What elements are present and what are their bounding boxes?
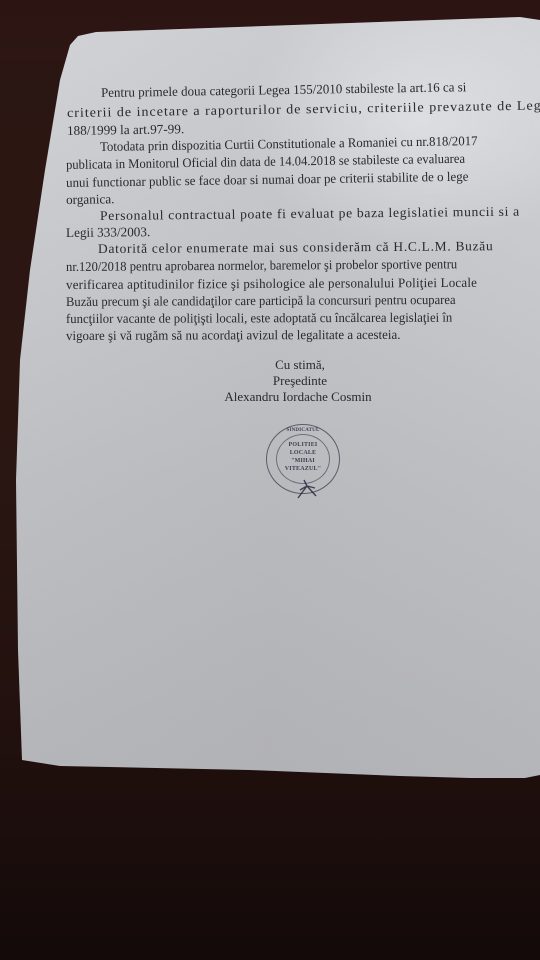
- paragraph-3-line-2: Legii 333/2003.: [66, 225, 150, 239]
- paragraph-4-line-2: nr.120/2018 pentru aprobarea normelor, b…: [66, 257, 457, 273]
- signature-name: Alexandru Iordache Cosmin: [198, 389, 398, 405]
- signature-mark-icon: [296, 478, 318, 500]
- paragraph-1-line-3: 188/1999 la art.97-99.: [67, 122, 184, 137]
- paragraph-4-line-3: verificarea aptitudinilor fizice şi psih…: [66, 276, 477, 291]
- document-page: Pentru primele doua categorii Legea 155/…: [0, 0, 540, 960]
- paragraph-4-line-6: vigoare şi vă rugăm să nu acordaţi avizu…: [66, 328, 400, 342]
- stamp-line-3: "MIHAI: [267, 458, 339, 464]
- paragraph-4-line-1: Datorită celor enumerate mai sus conside…: [98, 239, 493, 255]
- signature-closing: Cu stimă,: [200, 357, 400, 373]
- stamp-line-1: POLITIEI: [267, 442, 339, 448]
- paragraph-4-line-4: Buzău precum şi ale candidaţilor care pa…: [66, 293, 456, 308]
- signature-title: Preşedinte: [200, 373, 400, 389]
- paragraph-4-line-5: funcţiilor vacante de poliţişti locali, …: [66, 311, 452, 326]
- stamp-line-4: VITEAZUL": [267, 466, 339, 472]
- stamp-line-2: LOCALE: [267, 450, 339, 456]
- stamp-outer-text: SINDICATUL: [267, 428, 339, 433]
- paragraph-2-line-4: organica.: [66, 192, 115, 206]
